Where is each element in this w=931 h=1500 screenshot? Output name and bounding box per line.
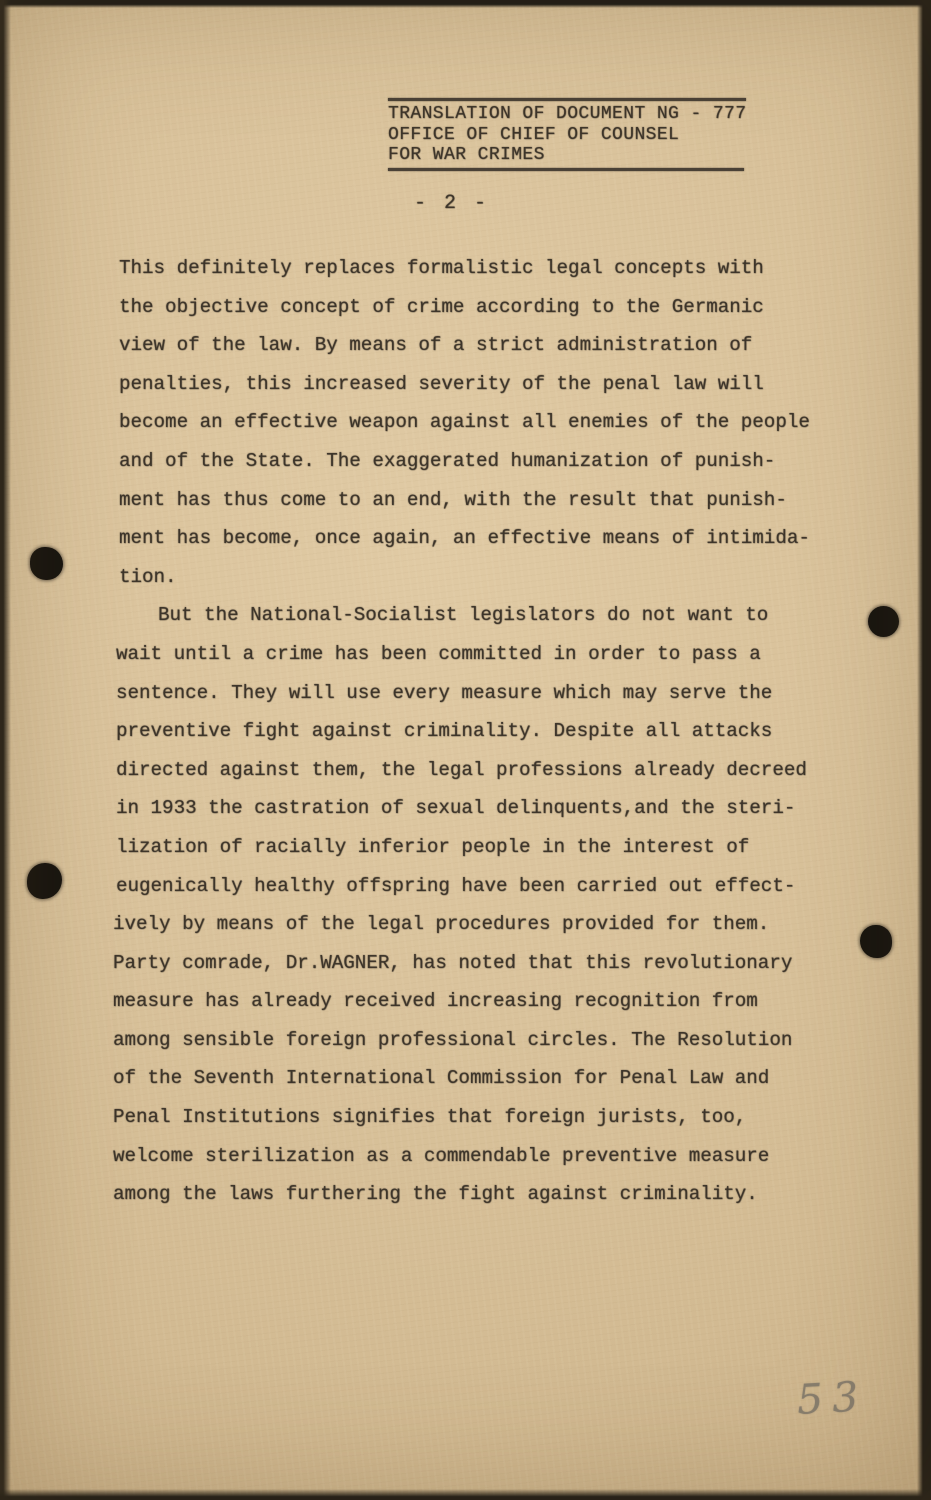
scan-edge-top bbox=[0, 0, 931, 8]
text-line: measure has already received increasing … bbox=[113, 982, 833, 1021]
page-number: - 2 - bbox=[414, 192, 489, 215]
scan-edge-left bbox=[0, 0, 11, 1500]
punch-hole-right-bottom bbox=[860, 925, 892, 958]
scan-edge-right bbox=[917, 0, 931, 1500]
header-line-war-crimes: FOR WAR CRIMES bbox=[388, 145, 750, 166]
header-line-office: OFFICE OF CHIEF OF COUNSEL bbox=[388, 125, 750, 146]
text-line: This definitely replaces formalistic leg… bbox=[119, 249, 839, 288]
text-line: preventive fight against criminality. De… bbox=[116, 712, 836, 751]
text-line: ment has thus come to an end, with the r… bbox=[119, 481, 839, 520]
document-page: TRANSLATION OF DOCUMENT NG - 777 OFFICE … bbox=[0, 0, 931, 1500]
text-line: become an effective weapon against all e… bbox=[119, 403, 839, 442]
text-line: ively by means of the legal procedures p… bbox=[113, 905, 833, 944]
text-line: of the Seventh International Commission … bbox=[113, 1059, 833, 1098]
header-rule-top bbox=[388, 98, 746, 101]
text-line: wait until a crime has been committed in… bbox=[116, 635, 836, 674]
text-line: sentence. They will use every measure wh… bbox=[116, 674, 836, 713]
text-line: But the National-Socialist legislators d… bbox=[119, 596, 839, 635]
document-body: This definitely replaces formalistic leg… bbox=[119, 249, 839, 1214]
text-line: eugenically healthy offspring have been … bbox=[116, 867, 836, 906]
punch-hole-right-top bbox=[868, 606, 899, 637]
text-line: penalties, this increased severity of th… bbox=[119, 365, 839, 404]
document-header: TRANSLATION OF DOCUMENT NG - 777 OFFICE … bbox=[388, 98, 750, 171]
text-line: tion. bbox=[119, 558, 839, 597]
text-line: welcome sterilization as a commendable p… bbox=[113, 1137, 833, 1176]
text-line: the objective concept of crime according… bbox=[119, 288, 839, 327]
header-rule-bottom bbox=[388, 168, 744, 171]
text-line: lization of racially inferior people in … bbox=[116, 828, 836, 867]
scan-edge-bottom bbox=[0, 1489, 931, 1500]
text-line: in 1933 the castration of sexual delinqu… bbox=[116, 789, 836, 828]
text-line: directed against them, the legal profess… bbox=[116, 751, 836, 790]
text-line: and of the State. The exaggerated humani… bbox=[119, 442, 839, 481]
handwritten-page-number: 53 bbox=[796, 1372, 869, 1424]
text-line: ment has become, once again, an effectiv… bbox=[119, 519, 839, 558]
text-line: Party comrade, Dr.WAGNER, has noted that… bbox=[113, 944, 833, 983]
header-line-title: TRANSLATION OF DOCUMENT NG - 777 bbox=[388, 104, 750, 125]
text-line: Penal Institutions signifies that foreig… bbox=[113, 1098, 833, 1137]
text-line: among the laws furthering the fight agai… bbox=[113, 1175, 833, 1214]
punch-hole-left-top bbox=[30, 547, 63, 580]
text-line: among sensible foreign professional circ… bbox=[113, 1021, 833, 1060]
text-line: view of the law. By means of a strict ad… bbox=[119, 326, 839, 365]
punch-hole-left-bottom bbox=[27, 863, 62, 899]
